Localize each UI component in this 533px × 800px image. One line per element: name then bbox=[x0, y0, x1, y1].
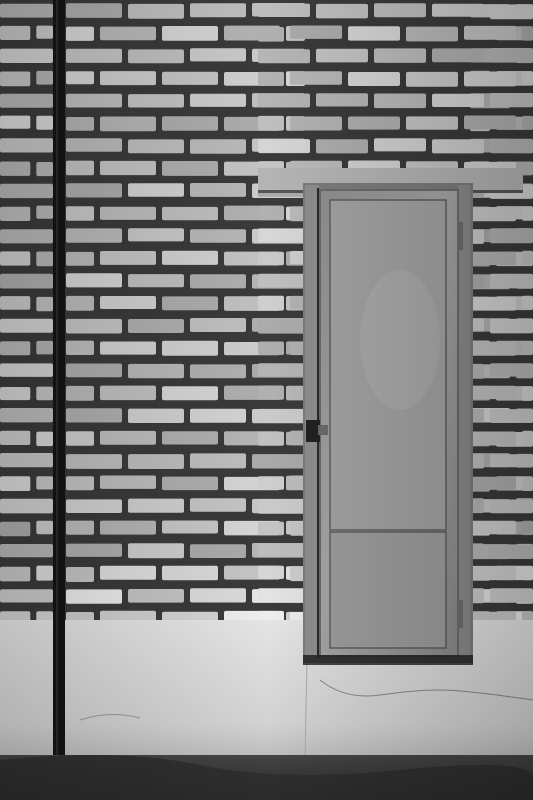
vignette bbox=[0, 0, 533, 800]
photograph bbox=[0, 0, 533, 800]
